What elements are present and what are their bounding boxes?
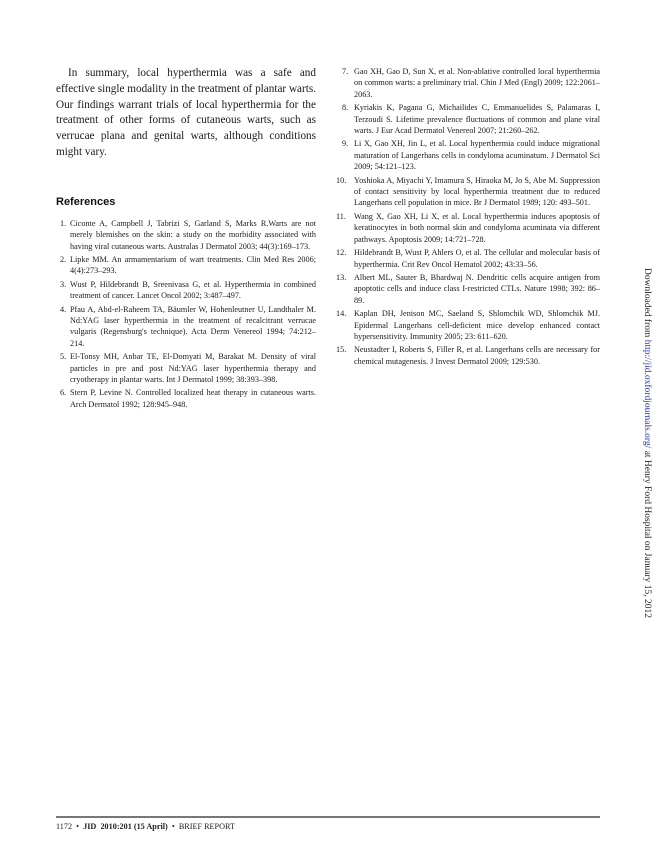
reference-number: 14. [336, 308, 346, 319]
reference-item: 8.Kyriakis K, Pagana G, Michailides C, E… [336, 102, 600, 136]
reference-item: 2.Lipke MM. An armamentarium of wart tre… [56, 254, 316, 277]
reference-item: 15.Neustadter I, Roberts S, Filler R, et… [336, 344, 600, 367]
reference-number: 1. [60, 218, 66, 229]
reference-number: 7. [342, 66, 348, 77]
reference-text: Hildebrandt B, Wust P, Ahlers O, et al. … [354, 248, 600, 268]
reference-text: Kyriakis K, Pagana G, Michailides C, Emm… [354, 103, 600, 135]
journal-link[interactable]: http://jid.oxfordjournals.org/ [642, 340, 652, 449]
reference-number: 12. [336, 247, 346, 258]
reference-item: 1.Ciconte A, Campbell J, Tabrizi S, Garl… [56, 218, 316, 252]
reference-item: 4.Pfau A, Abd-el-Raheem TA, Bäumler W, H… [56, 304, 316, 350]
reference-text: Yoshioka A, Miyachi Y, Imamura S, Hiraok… [354, 176, 600, 208]
reference-list-right: 7.Gao XH, Gao D, Sun X, et al. Non-ablat… [336, 66, 600, 367]
reference-text: Pfau A, Abd-el-Raheem TA, Bäumler W, Hoh… [70, 305, 316, 348]
reference-number: 15. [336, 344, 346, 355]
download-watermark: Downloaded from http://jid.oxfordjournal… [640, 268, 652, 608]
reference-number: 13. [336, 272, 346, 283]
reference-item: 12.Hildebrandt B, Wust P, Ahlers O, et a… [336, 247, 600, 270]
reference-text: Lipke MM. An armamentarium of wart treat… [70, 255, 316, 275]
footer-divider [56, 816, 600, 818]
reference-list-left: 1.Ciconte A, Campbell J, Tabrizi S, Garl… [56, 218, 316, 411]
reference-number: 2. [60, 254, 66, 265]
section-label: BRIEF REPORT [179, 822, 235, 831]
reference-text: Gao XH, Gao D, Sun X, et al. Non-ablativ… [354, 67, 600, 99]
reference-text: Wust P, Hildebrandt B, Sreenivasa G, et … [70, 280, 316, 300]
reference-item: 9.Li X, Gao XH, Jin L, et al. Local hype… [336, 138, 600, 172]
reference-text: El-Tonsy MH, Anbar TE, El-Domyati M, Bar… [70, 352, 316, 384]
reference-item: 10.Yoshioka A, Miyachi Y, Imamura S, Hir… [336, 175, 600, 209]
reference-number: 5. [60, 351, 66, 362]
reference-number: 9. [342, 138, 348, 149]
reference-item: 14.Kaplan DH, Jenison MC, Saeland S, Shl… [336, 308, 600, 342]
reference-text: Kaplan DH, Jenison MC, Saeland S, Shlomc… [354, 309, 600, 341]
reference-text: Neustadter I, Roberts S, Filler R, et al… [354, 345, 600, 365]
journal-issue: 2010:201 (15 April) [100, 822, 167, 831]
references-heading: References [56, 196, 316, 208]
reference-text: Ciconte A, Campbell J, Tabrizi S, Garlan… [70, 219, 316, 251]
reference-text: Li X, Gao XH, Jin L, et al. Local hypert… [354, 139, 600, 171]
watermark-prefix: Downloaded from [642, 268, 652, 340]
journal-abbrev: JID [83, 822, 96, 831]
footer-separator: • [172, 822, 175, 831]
page-number: 1172 [56, 822, 72, 831]
reference-number: 11. [336, 211, 346, 222]
reference-number: 10. [336, 175, 346, 186]
reference-item: 3.Wust P, Hildebrandt B, Sreenivasa G, e… [56, 279, 316, 302]
watermark-suffix: at Henry Ford Hospital on January 15, 20… [642, 448, 652, 618]
reference-item: 11.Wang X, Gao XH, Li X, et al. Local hy… [336, 211, 600, 245]
left-column: In summary, local hyperthermia was a saf… [56, 66, 316, 412]
reference-number: 8. [342, 102, 348, 113]
reference-item: 6.Stern P, Levine N. Controlled localize… [56, 387, 316, 410]
reference-text: Wang X, Gao XH, Li X, et al. Local hyper… [354, 212, 600, 244]
reference-number: 6. [60, 387, 66, 398]
reference-item: 7.Gao XH, Gao D, Sun X, et al. Non-ablat… [336, 66, 600, 100]
reference-number: 4. [60, 304, 66, 315]
right-column: 7.Gao XH, Gao D, Sun X, et al. Non-ablat… [336, 66, 600, 369]
reference-item: 13.Albert ML, Sauter B, Bhardwaj N. Dend… [336, 272, 600, 306]
summary-paragraph: In summary, local hyperthermia was a saf… [56, 66, 316, 161]
page-footer: 1172 • JID 2010:201 (15 April) • BRIEF R… [56, 822, 235, 831]
footer-separator: • [76, 822, 79, 831]
reference-text: Stern P, Levine N. Controlled localized … [70, 388, 316, 408]
reference-text: Albert ML, Sauter B, Bhardwaj N. Dendrit… [354, 273, 600, 305]
reference-number: 3. [60, 279, 66, 290]
reference-item: 5.El-Tonsy MH, Anbar TE, El-Domyati M, B… [56, 351, 316, 385]
